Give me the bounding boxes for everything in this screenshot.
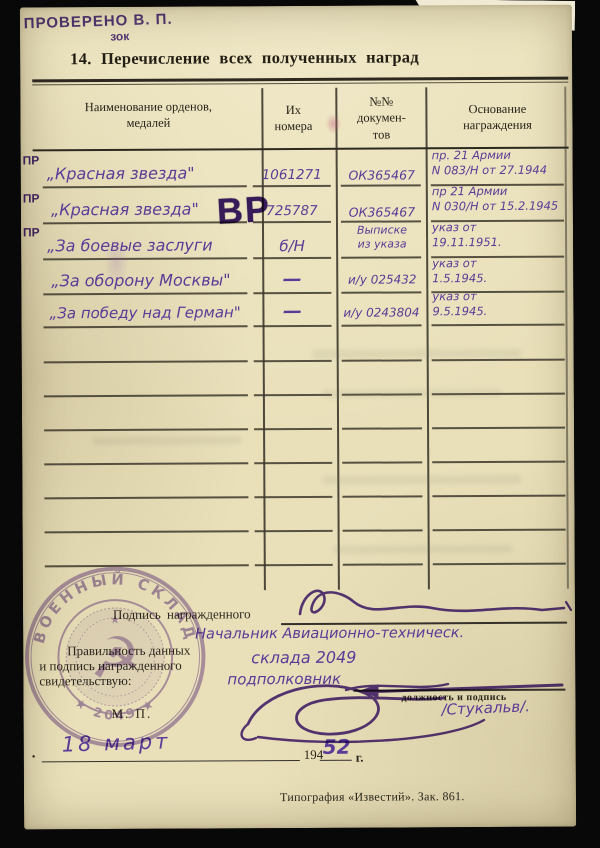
award-basis-cell: пр 21 Армии N 030/Н от 15.2.1945 [432,184,566,215]
row-rule-1 [20,5,572,8]
row-rule-3 [20,5,572,8]
position-line2: склада 2049 [251,648,356,668]
table-top-rule-thin [32,82,568,86]
signature-label: Подпись награжденного [113,606,251,623]
verified-stamp-line2: зок [110,28,173,44]
attest-line3: свидетельствую: [39,673,131,689]
date-day-month: 18 март [61,729,170,756]
column-divider-2 [335,88,339,590]
row-rule-5 [20,5,572,8]
award-basis-cell: пр. 21 Армии N 083/Н от 27.1944 [432,148,566,179]
row-rule-9 [20,5,572,8]
row-rule-12 [20,5,572,8]
award-name-cell: „Красная звезда" [47,164,195,184]
award-name-cell: „За боевые заслуги [47,235,213,255]
section-heading: 14. Перечисление всех полученных наград [70,47,419,69]
doc-number-cell: и/у 025432 [337,272,427,286]
verified-stamp: ПРОВЕРЕНО В. П. зок [24,11,174,47]
award-number-cell: 1061271 [253,167,331,183]
certifier-name: /Стукальв/. [441,697,530,719]
vr-stamp: ВР [216,188,272,233]
doc-number-cell: Выписке из указа [339,223,425,251]
award-number-cell: — [253,300,331,322]
bleed-through [92,436,242,445]
award-basis-cell: указ от 19.11.1951. [432,220,566,251]
header-award-basis: Основание награждения [428,101,566,134]
date-rule [42,760,300,763]
role-rule [353,689,565,692]
bleed-through [312,349,522,359]
award-number-cell: б/Н [253,237,331,255]
date-year-hand: 52 [323,735,351,759]
date-year-rule [320,760,352,762]
bleed-through [333,545,513,554]
row-rule-6 [20,5,572,8]
date-dot: . [32,745,36,762]
award-name-cell: „За оборону Москвы" [51,270,230,290]
column-divider-3 [425,87,429,589]
header-doc-number: №№ докумен- тов [338,93,424,142]
seal-place-mark: М. П. [112,706,153,722]
scanned-document: ПРОВЕРЕНО В. П. зок 14. Перечисление все… [0,0,600,848]
award-record-page: ПРОВЕРЕНО В. П. зок 14. Перечисление все… [20,5,576,830]
position-line3: подполковник [227,670,341,689]
row-rule-8 [20,5,572,8]
attest-line2: и подпись награжденного [39,658,181,675]
typography-imprint: Типография «Известий». Зак. 861. [280,789,465,805]
pr-stamp-row1: ПР [23,153,40,167]
row-rule-7 [20,5,572,8]
doc-number-cell: ОК365467 [339,204,425,219]
award-number-cell: — [253,268,331,290]
award-name-cell: „За победу над Герман" [49,303,240,322]
row-rule-10 [20,5,572,8]
signature-rule [281,622,567,625]
doc-number-cell: ОК365467 [339,167,425,182]
bleed-through [322,475,522,485]
pr-stamp-row2: ПР [23,191,40,205]
row-rule-4 [20,5,572,8]
row-rule-11 [20,5,572,8]
date-year-suffix: г. [356,750,364,766]
header-award-name: Наименование орденов, медалей [38,98,258,132]
pr-stamp-row3: ПР [23,225,40,239]
position-line1: Начальник Авиационно-техническ. [195,625,464,642]
doc-number-cell: и/у 0243804 [335,305,427,319]
award-basis-cell: указ от 1.5.1945. [432,256,566,287]
row-rule-2 [20,5,572,8]
award-basis-cell: указ от 9.5.1945. [432,289,566,320]
award-name-cell: „Красная звезда" [51,200,199,220]
header-award-number: Их номера [254,102,332,135]
column-divider-1 [261,88,265,590]
